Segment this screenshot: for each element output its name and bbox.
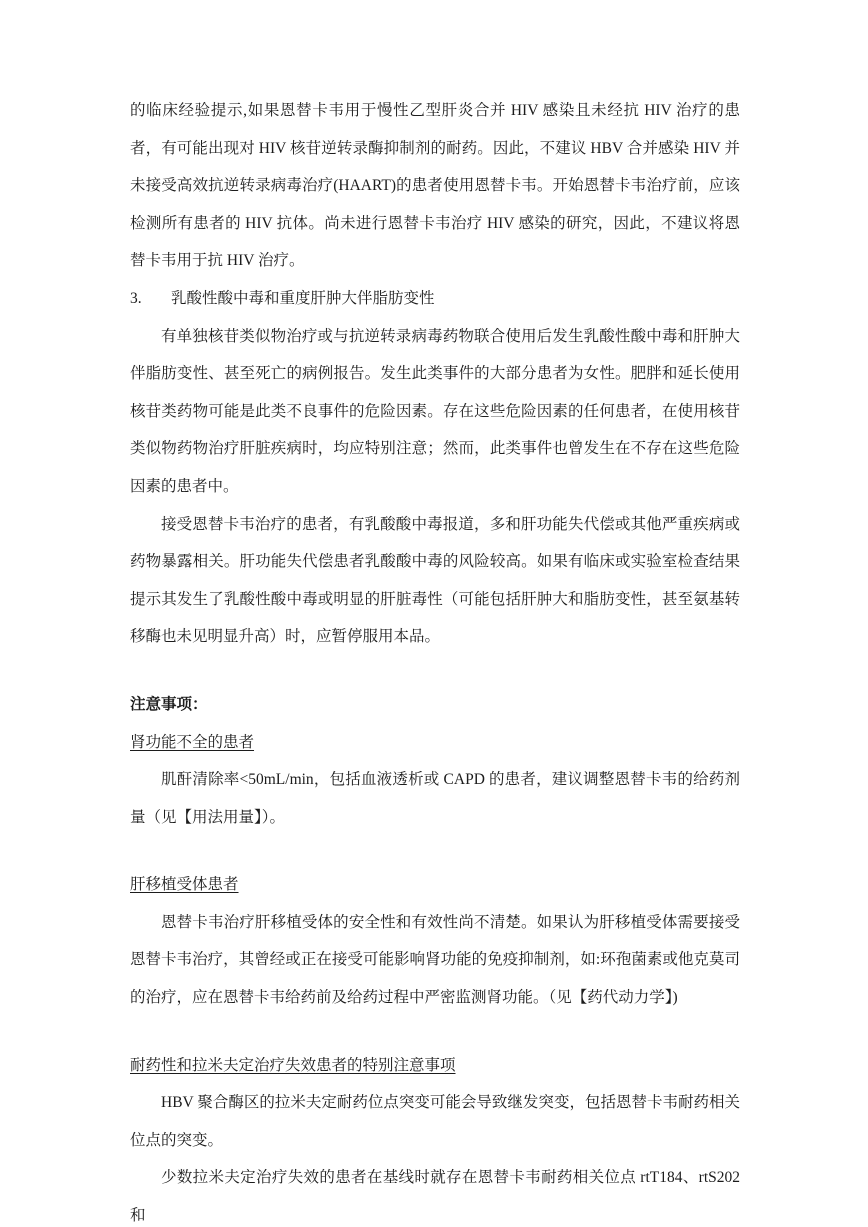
list-item-3: 3.乳酸性酸中毒和重度肝肿大伴脂肪变性 [130, 280, 740, 318]
resistance-paragraph-1: HBV 聚合酶区的拉米夫定耐药位点突变可能会导致继发突变，包括恩替卡韦耐药相关位… [130, 1084, 740, 1159]
lactic-acidosis-paragraph-1: 有单独核苷类似物治疗或与抗逆转录病毒药物联合使用后发生乳酸性酸中毒和肝肿大伴脂肪… [130, 318, 740, 506]
list-item-title: 乳酸性酸中毒和重度肝肿大伴脂肪变性 [171, 290, 435, 307]
renal-impairment-heading-text: 肾功能不全的患者 [130, 734, 254, 751]
precautions-heading: 注意事项： [130, 686, 740, 724]
lactic-acidosis-paragraph-2: 接受恩替卡韦治疗的患者，有乳酸酸中毒报道，多和肝功能失代偿或其他严重疾病或药物暴… [130, 506, 740, 656]
liver-transplant-paragraph: 恩替卡韦治疗肝移植受体的安全性和有效性尚不清楚。如果认为肝移植受体需要接受恩替卡… [130, 904, 740, 1017]
liver-transplant-heading: 肝移植受体患者 [130, 866, 740, 904]
resistance-heading-text: 耐药性和拉米夫定治疗失效患者的特别注意事项 [130, 1057, 456, 1074]
hiv-coinfection-paragraph: 的临床经验提示,如果恩替卡韦用于慢性乙型肝炎合并 HIV 感染且未经抗 HIV … [130, 92, 740, 280]
resistance-paragraph-2: 少数拉米夫定治疗失效的患者在基线时就存在恩替卡韦耐药相关位点 rtT184、rt… [130, 1159, 740, 1227]
resistance-heading: 耐药性和拉米夫定治疗失效患者的特别注意事项 [130, 1047, 740, 1085]
renal-impairment-heading: 肾功能不全的患者 [130, 724, 740, 762]
list-item-number: 3. [130, 280, 148, 318]
document-page: 的临床经验提示,如果恩替卡韦用于慢性乙型肝炎合并 HIV 感染且未经抗 HIV … [0, 0, 868, 1227]
renal-impairment-paragraph: 肌酐清除率<50mL/min，包括血液透析或 CAPD 的患者，建议调整恩替卡韦… [130, 761, 740, 836]
liver-transplant-heading-text: 肝移植受体患者 [130, 876, 239, 893]
